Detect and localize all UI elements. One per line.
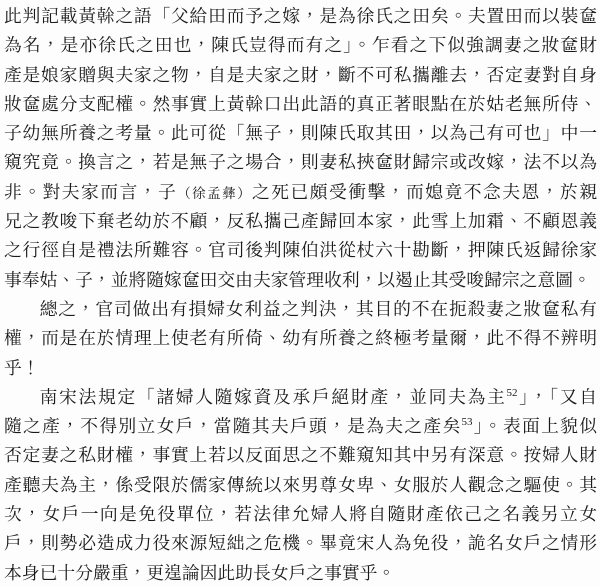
footnote-ref-52: 52 — [507, 387, 518, 399]
paragraph-3: 南宋法規定「諸婦人隨嫁資及承戶絕財產，並同夫為主52」，「又自隨之產，不得別立女… — [4, 383, 597, 586]
text-run: 之死已頗受衝擊，而媳竟不念夫恩，於親 — [252, 182, 597, 202]
text-line: 總之，官司做出有損婦女利益之判決，其目的不在扼殺妻之妝奩私有 — [4, 295, 597, 324]
text-line: 隨之產，不得別立女戶，當隨其夫戶頭，是為夫之產矣53」。表面上貌似 — [4, 412, 597, 441]
text-run: 產是娘家贈與夫家之物，自是夫家之財，斷不可私攜離去，否定妻對自身 — [4, 65, 597, 85]
text-run: 」。表面上貌似 — [472, 416, 597, 436]
text-run: 戶，則勢必造成力役來源短絀之危機。畢竟宋人為免役，詭名女戶之情形 — [4, 533, 597, 553]
text-line: 兄之教唆下棄老幼於不顧，反私攜己產歸回本家，此雪上加霜、不顧恩義 — [4, 207, 597, 236]
text-line: 次，女戶一向是免役單位，若法律允婦人將自隨財產依己之名義另立女 — [4, 500, 597, 529]
text-run: 本身已十分嚴重，更遑論因此助長女戶之事實乎。 — [4, 563, 395, 583]
text-run: 之行徑自是禮法所難容。官司後判陳伯洪從杖六十勘斷，押陳氏返歸徐家 — [4, 240, 597, 260]
text-line: 乎！ — [4, 354, 597, 383]
text-line: 此判記載黃榦之語「父給田而予之嫁，是為徐氏之田矣。夫置田而以裝奩 — [4, 2, 597, 31]
text-run: 否定妻之私財權，事實上若以反面思之不難窺知其中另有深意。按婦人財 — [4, 445, 597, 465]
text-line: 為名，是亦徐氏之田也，陳氏豈得而有之」。乍看之下似強調妻之妝奩財 — [4, 31, 597, 60]
text-run: 權，而是在於情理上使老有所倚、幼有所養之終極考量爾，此不得不辨明 — [4, 328, 597, 348]
text-run: 為名，是亦徐氏之田也，陳氏豈得而有之」。乍看之下似強調妻之妝奩財 — [4, 35, 597, 55]
text-line: 產是娘家贈與夫家之物，自是夫家之財，斷不可私攜離去，否定妻對自身 — [4, 61, 597, 90]
text-line: 權，而是在於情理上使老有所倚、幼有所養之終極考量爾，此不得不辨明 — [4, 324, 597, 353]
document-page: 此判記載黃榦之語「父給田而予之嫁，是為徐氏之田矣。夫置田而以裝奩為名，是亦徐氏之… — [0, 0, 600, 586]
person-name-annotation: （徐孟彝） — [177, 186, 252, 201]
text-run: 非。對夫家而言，子 — [4, 182, 177, 202]
text-run: 乎！ — [4, 358, 40, 378]
text-run: 子幼無所養之考量。此可從「無子，則陳氏取其田，以為己有可也」中一 — [4, 123, 597, 143]
text-run: 次，女戶一向是免役單位，若法律允婦人將自隨財產依己之名義另立女 — [4, 504, 597, 524]
text-run: 南宋法規定「諸婦人隨嫁資及承戶絕財產，並同夫為主 — [40, 387, 507, 407]
text-run: 兄之教唆下棄老幼於不顧，反私攜己產歸回本家，此雪上加霜、不顧恩義 — [4, 211, 597, 231]
text-run: 隨之產，不得別立女戶，當隨其夫戶頭，是為夫之產矣 — [4, 416, 461, 436]
text-run: 妝奩處分支配權。然事實上黃榦口出此語的真正著眼點在於姑老無所侍、 — [4, 94, 597, 114]
text-line: 南宋法規定「諸婦人隨嫁資及承戶絕財產，並同夫為主52」，「又自 — [4, 383, 597, 412]
text-line: 本身已十分嚴重，更遑論因此助長女戶之事實乎。 — [4, 559, 597, 586]
footnote-ref-53: 53 — [461, 416, 472, 428]
text-run: 事奉姑、子，並將隨嫁奩田交由夫家管理收利，以遏止其受唆歸宗之意圖。 — [4, 270, 591, 290]
text-line: 非。對夫家而言，子（徐孟彝）之死已頗受衝擊，而媳竟不念夫恩，於親 — [4, 178, 597, 207]
paragraph-2: 總之，官司做出有損婦女利益之判決，其目的不在扼殺妻之妝奩私有權，而是在於情理上使… — [4, 295, 597, 383]
text-run: 窺究竟。換言之，若是無子之場合，則妻私挾奩財歸宗或改嫁，法不以為 — [4, 152, 597, 172]
text-run: 總之，官司做出有損婦女利益之判決，其目的不在扼殺妻之妝奩私有 — [40, 299, 597, 319]
text-line: 產聽夫為主，係受限於儒家傳統以來男尊女卑、女服於人觀念之驅使。其 — [4, 471, 597, 500]
text-run: 此判記載黃榦之語「父給田而予之嫁，是為徐氏之田矣。夫置田而以裝奩 — [4, 6, 597, 26]
text-line: 否定妻之私財權，事實上若以反面思之不難窺知其中另有深意。按婦人財 — [4, 441, 597, 470]
text-line: 妝奩處分支配權。然事實上黃榦口出此語的真正著眼點在於姑老無所侍、 — [4, 90, 597, 119]
text-line: 事奉姑、子，並將隨嫁奩田交由夫家管理收利，以遏止其受唆歸宗之意圖。 — [4, 266, 597, 295]
text-run: 」，「又自 — [518, 387, 597, 407]
text-run: 產聽夫為主，係受限於儒家傳統以來男尊女卑、女服於人觀念之驅使。其 — [4, 475, 597, 495]
text-line: 戶，則勢必造成力役來源短絀之危機。畢竟宋人為免役，詭名女戶之情形 — [4, 529, 597, 558]
paragraph-1: 此判記載黃榦之語「父給田而予之嫁，是為徐氏之田矣。夫置田而以裝奩為名，是亦徐氏之… — [4, 2, 597, 295]
text-line: 子幼無所養之考量。此可從「無子，則陳氏取其田，以為己有可也」中一 — [4, 119, 597, 148]
text-line: 之行徑自是禮法所難容。官司後判陳伯洪從杖六十勘斷，押陳氏返歸徐家 — [4, 236, 597, 265]
text-line: 窺究竟。換言之，若是無子之場合，則妻私挾奩財歸宗或改嫁，法不以為 — [4, 148, 597, 177]
